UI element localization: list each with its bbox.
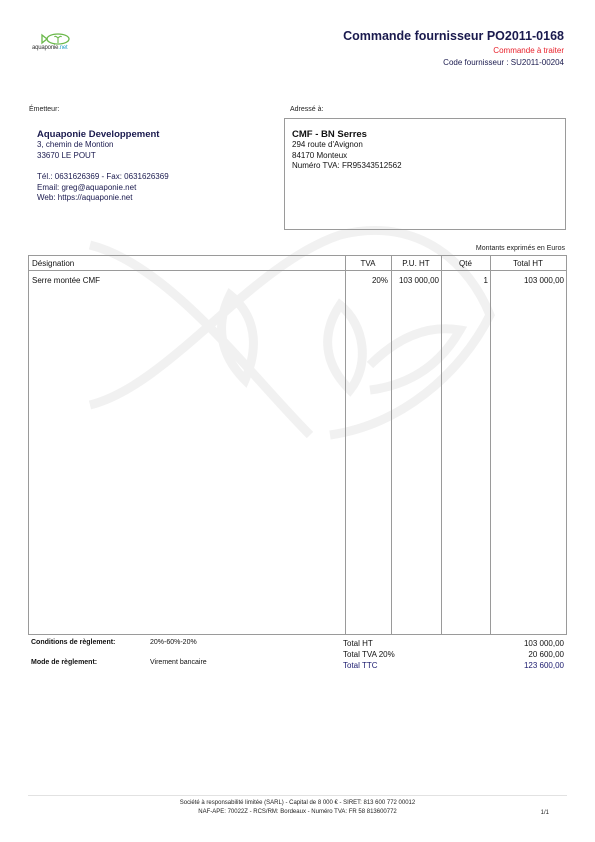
document-title: Commande fournisseur PO2011-0168 (343, 29, 564, 43)
recipient-address-line2: 84170 Monteux (292, 151, 402, 162)
sender-address-line1: 3, chemin de Montion (37, 140, 169, 151)
recipient-box: CMF - BN Serres 294 route d'Avignon 8417… (284, 118, 566, 230)
logo-wordmark: aquaponie.net (32, 45, 67, 51)
recipient-vat: Numéro TVA: FR95343512562 (292, 161, 402, 172)
row-tva: 20% (345, 276, 388, 285)
footer-legal-line1: Société à responsabilité limitée (SARL) … (0, 800, 595, 806)
order-status: Commande à traiter (493, 46, 564, 55)
column-header-qty: Qté (441, 259, 490, 268)
recipient-label: Adressé à: (290, 106, 323, 113)
row-unit-price: 103 000,00 (391, 276, 439, 285)
row-total-ht: 103 000,00 (490, 276, 564, 285)
payment-conditions-label: Conditions de règlement: (31, 639, 115, 646)
footer-divider (28, 795, 567, 796)
total-ht-value: 103 000,00 (524, 639, 564, 648)
sender-phone-fax: Tél.: 0631626369 - Fax: 0631626369 (37, 172, 169, 183)
column-header-total-ht: Total HT (490, 259, 566, 268)
sender-address-line2: 33670 LE POUT (37, 151, 169, 162)
footer-legal-line2: NAF-APE: 70022Z - RCS/RM: Bordeaux - Num… (0, 809, 595, 815)
column-header-designation: Désignation (32, 259, 74, 268)
total-tva-label: Total TVA 20% (343, 650, 395, 659)
recipient-address-line1: 294 route d'Avignon (292, 140, 402, 151)
payment-mode-value: Virement bancaire (150, 659, 207, 666)
total-ht-label: Total HT (343, 639, 373, 648)
column-header-unit-price: P.U. HT (391, 259, 441, 268)
sender-email: Email: greg@aquaponie.net (37, 183, 169, 194)
payment-conditions-value: 20%-60%-20% (150, 639, 197, 646)
total-ttc-value: 123 600,00 (524, 661, 564, 670)
total-tva-value: 20 600,00 (528, 650, 564, 659)
column-header-tva: TVA (345, 259, 391, 268)
page-number: 1/1 (541, 810, 549, 816)
total-ttc-label: Total TTC (343, 661, 378, 670)
currency-note: Montants exprimés en Euros (476, 245, 565, 252)
row-designation: Serre montée CMF (32, 276, 100, 285)
sender-web: Web: https://aquaponie.net (37, 193, 169, 204)
order-lines-table: Désignation TVA P.U. HT Qté Total HT Ser… (28, 255, 567, 635)
fish-sprout-logo-icon (30, 30, 80, 55)
payment-mode-label: Mode de règlement: (31, 659, 97, 666)
sender-name: Aquaponie Developpement (37, 129, 169, 140)
supplier-code: Code fournisseur : SU2011-00204 (443, 58, 564, 67)
sender-block: Aquaponie Developpement 3, chemin de Mon… (37, 129, 169, 204)
sender-label: Émetteur: (29, 106, 59, 113)
row-qty: 1 (441, 276, 488, 285)
recipient-name: CMF - BN Serres (292, 129, 402, 140)
